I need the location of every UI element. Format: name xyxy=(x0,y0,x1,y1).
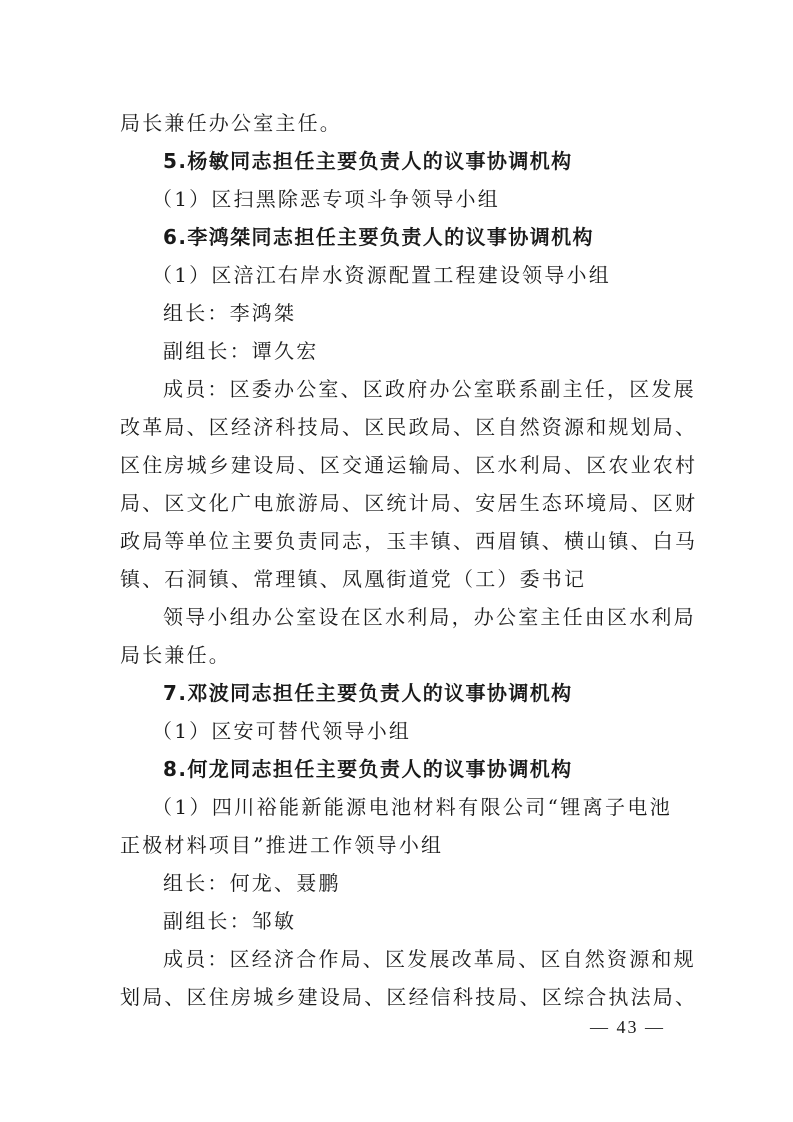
group-leader: 组长：何龙、聂鹏 xyxy=(120,864,672,902)
paragraph-continuation: 局长兼任办公室主任。 xyxy=(120,104,672,142)
document-page: 局长兼任办公室主任。 5.杨敏同志担任主要负责人的议事协调机构 （1）区扫黑除恶… xyxy=(120,104,672,1016)
members-paragraph-line: 政局等单位主要负责同志，玉丰镇、西眉镇、横山镇、白马 xyxy=(120,522,672,560)
members-paragraph: 成员：区委办公室、区政府办公室联系副主任，区发展 xyxy=(120,370,672,408)
group-leader: 组长：李鸿桀 xyxy=(120,294,672,332)
section-heading-5: 5.杨敏同志担任主要负责人的议事协调机构 xyxy=(120,142,672,180)
section-heading-8: 8.何龙同志担任主要负责人的议事协调机构 xyxy=(120,750,672,788)
subsection-item: （1）四川裕能新能源电池材料有限公司“锂离子电池 xyxy=(120,788,672,826)
subsection-item-line: 正极材料项目”推进工作领导小组 xyxy=(120,826,672,864)
members-paragraph-line: 区住房城乡建设局、区交通运输局、区水利局、区农业农村 xyxy=(120,446,672,484)
deputy-group-leader: 副组长：邹敏 xyxy=(120,902,672,940)
deputy-group-leader: 副组长：谭久宏 xyxy=(120,332,672,370)
page-number: — 43 — xyxy=(590,1017,665,1038)
members-paragraph-line: 局、区文化广电旅游局、区统计局、安居生态环境局、区财 xyxy=(120,484,672,522)
section-heading-7: 7.邓波同志担任主要负责人的议事协调机构 xyxy=(120,674,672,712)
office-paragraph-line: 局长兼任。 xyxy=(120,636,672,674)
subsection-item: （1）区扫黑除恶专项斗争领导小组 xyxy=(120,180,672,218)
subsection-item: （1）区安可替代领导小组 xyxy=(120,712,672,750)
office-paragraph: 领导小组办公室设在区水利局，办公室主任由区水利局 xyxy=(120,598,672,636)
subsection-item: （1）区涪江右岸水资源配置工程建设领导小组 xyxy=(120,256,672,294)
members-paragraph-line: 划局、区住房城乡建设局、区经信科技局、区综合执法局、 xyxy=(120,978,672,1016)
members-paragraph-line: 改革局、区经济科技局、区民政局、区自然资源和规划局、 xyxy=(120,408,672,446)
section-heading-6: 6.李鸿桀同志担任主要负责人的议事协调机构 xyxy=(120,218,672,256)
members-paragraph: 成员：区经济合作局、区发展改革局、区自然资源和规 xyxy=(120,940,672,978)
members-paragraph-line: 镇、石洞镇、常理镇、凤凰街道党（工）委书记 xyxy=(120,560,672,598)
